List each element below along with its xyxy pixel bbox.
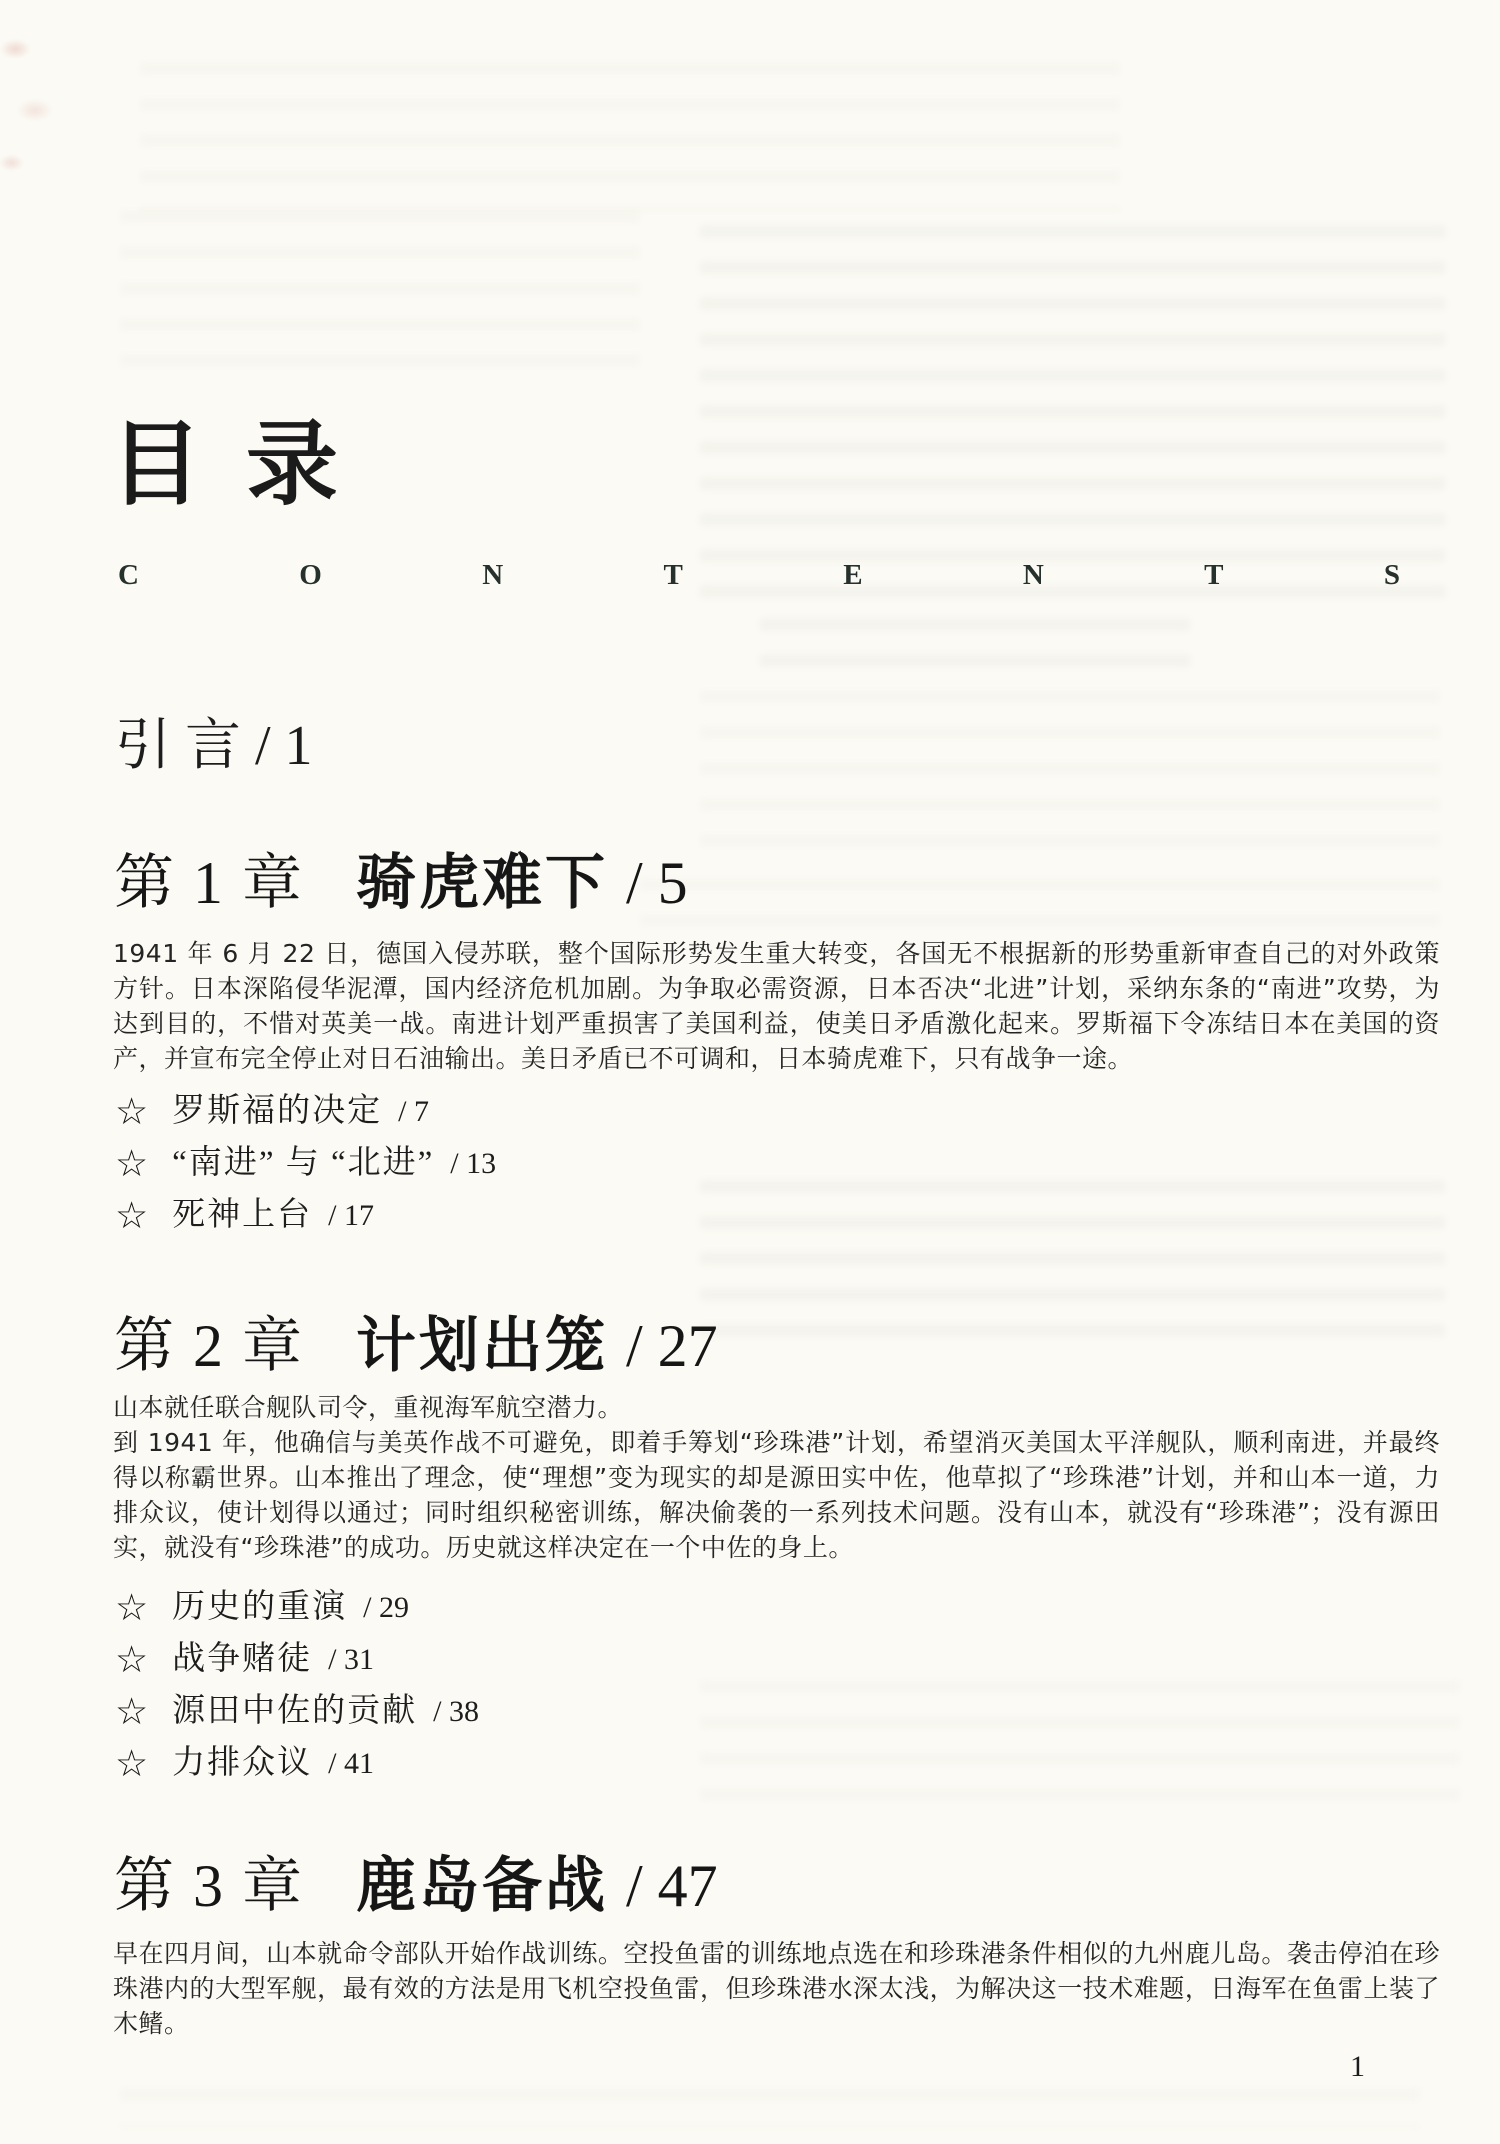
chapter-3-label: 第 3 章 <box>114 1853 304 1919</box>
toc-section-row: ☆ 历史的重演 / 29 <box>115 1580 479 1632</box>
toc-entry-chapter-2: 第 2 章计划出笼/ 27 <box>114 1313 718 1379</box>
chapter-1-page-number: / 5 <box>626 850 688 916</box>
bleed-through-artifact <box>120 2088 1420 2128</box>
star-icon: ☆ <box>115 1094 148 1131</box>
chapter-3-title: 鹿岛备战 <box>356 1853 608 1919</box>
section-page-number: / 17 <box>328 1199 374 1233</box>
chapter-3-summary: 早在四月间，山本就命令部队开始作战训练。空投鱼雷的训练地点选在和珍珠港条件相似的… <box>113 1936 1440 2041</box>
section-title: “南进” 与 “北进” <box>172 1136 434 1183</box>
section-page-number: / 31 <box>328 1643 374 1677</box>
contents-letter: C <box>118 561 139 590</box>
intro-page-number: / 1 <box>255 715 313 777</box>
chapter-2-summary: 山本就任联合舰队司令，重视海军航空潜力。 到 1941 年，他确信与美英作战不可… <box>113 1390 1440 1565</box>
chapter-2-label: 第 2 章 <box>114 1313 304 1379</box>
toc-section-row: ☆ 死神上台 / 17 <box>115 1188 496 1240</box>
summary-paragraph: 早在四月间，山本就命令部队开始作战训练。空投鱼雷的训练地点选在和珍珠港条件相似的… <box>113 1936 1440 2041</box>
bleed-through-artifact <box>700 225 1445 605</box>
toc-entry-introduction: 引 言/ 1 <box>115 716 313 778</box>
contents-letter: E <box>843 561 862 590</box>
contents-letter: N <box>482 561 503 590</box>
bleed-through-artifact <box>140 62 1120 212</box>
section-title: 力排众议 <box>172 1736 312 1783</box>
section-title: 源田中佐的贡献 <box>172 1684 417 1731</box>
star-icon: ☆ <box>115 1642 148 1679</box>
chapter-1-summary: 1941 年 6 月 22 日，德国入侵苏联，整个国际形势发生重大转变，各国无不… <box>113 936 1440 1076</box>
star-icon: ☆ <box>115 1694 148 1731</box>
star-icon: ☆ <box>115 1746 148 1783</box>
toc-section-row: ☆ 罗斯福的决定 / 7 <box>115 1084 496 1136</box>
contents-letter: N <box>1023 561 1044 590</box>
toc-entry-chapter-1: 第 1 章骑虎难下/ 5 <box>114 850 688 916</box>
chapter-1-title: 骑虎难下 <box>356 850 608 916</box>
bleed-through-artifact <box>120 210 640 380</box>
contents-letter: O <box>299 561 322 590</box>
toc-section-row: ☆ “南进” 与 “北进” / 13 <box>115 1136 496 1188</box>
section-page-number: / 7 <box>398 1095 429 1129</box>
contents-letter: T <box>664 561 683 590</box>
section-page-number: / 13 <box>450 1147 496 1181</box>
red-ink-smudge <box>0 14 70 189</box>
star-icon: ☆ <box>115 1146 148 1183</box>
section-page-number: / 29 <box>363 1591 409 1625</box>
bleed-through-artifact <box>700 690 1440 860</box>
chapter-2-title: 计划出笼 <box>356 1313 608 1379</box>
section-page-number: / 41 <box>328 1747 374 1781</box>
chapter-2-sections: ☆ 历史的重演 / 29 ☆ 战争赌徒 / 31 ☆ 源田中佐的贡献 / 38 … <box>115 1580 479 1788</box>
section-title: 战争赌徒 <box>172 1632 312 1679</box>
section-title: 历史的重演 <box>172 1580 347 1627</box>
bleed-through-artifact <box>700 1680 1460 1810</box>
section-page-number: / 38 <box>433 1695 479 1729</box>
summary-paragraph: 山本就任联合舰队司令，重视海军航空潜力。 <box>113 1390 1440 1425</box>
toc-section-row: ☆ 战争赌徒 / 31 <box>115 1632 479 1684</box>
section-title: 死神上台 <box>172 1188 312 1235</box>
chapter-3-page-number: / 47 <box>626 1853 718 1919</box>
section-title: 罗斯福的决定 <box>172 1084 382 1131</box>
chapter-2-page-number: / 27 <box>626 1313 718 1379</box>
bleed-through-artifact <box>760 618 1190 682</box>
toc-title: 目 录 <box>110 418 344 510</box>
toc-entry-chapter-3: 第 3 章鹿岛备战/ 47 <box>114 1853 718 1919</box>
bleed-through-artifact <box>640 878 1440 942</box>
contents-letter: T <box>1204 561 1223 590</box>
bleed-through-artifact <box>700 1180 1445 1340</box>
toc-section-row: ☆ 源田中佐的贡献 / 38 <box>115 1684 479 1736</box>
scanned-toc-page: 目 录 C O N T E N T S 引 言/ 1 第 1 章骑虎难下/ 5 … <box>0 0 1500 2144</box>
chapter-1-label: 第 1 章 <box>114 850 304 916</box>
contents-letter: S <box>1384 561 1400 590</box>
summary-paragraph: 1941 年 6 月 22 日，德国入侵苏联，整个国际形势发生重大转变，各国无不… <box>113 936 1440 1076</box>
summary-paragraph: 到 1941 年，他确信与美英作战不可避免，即着手筹划“珍珠港”计划，希望消灭美… <box>113 1425 1440 1565</box>
star-icon: ☆ <box>115 1590 148 1627</box>
chapter-1-sections: ☆ 罗斯福的决定 / 7 ☆ “南进” 与 “北进” / 13 ☆ 死神上台 /… <box>115 1084 496 1240</box>
page-number: 1 <box>1350 2050 1365 2084</box>
intro-title: 引 言 <box>115 715 241 777</box>
contents-subtitle: C O N T E N T S <box>118 561 1400 590</box>
star-icon: ☆ <box>115 1198 148 1235</box>
toc-section-row: ☆ 力排众议 / 41 <box>115 1736 479 1788</box>
